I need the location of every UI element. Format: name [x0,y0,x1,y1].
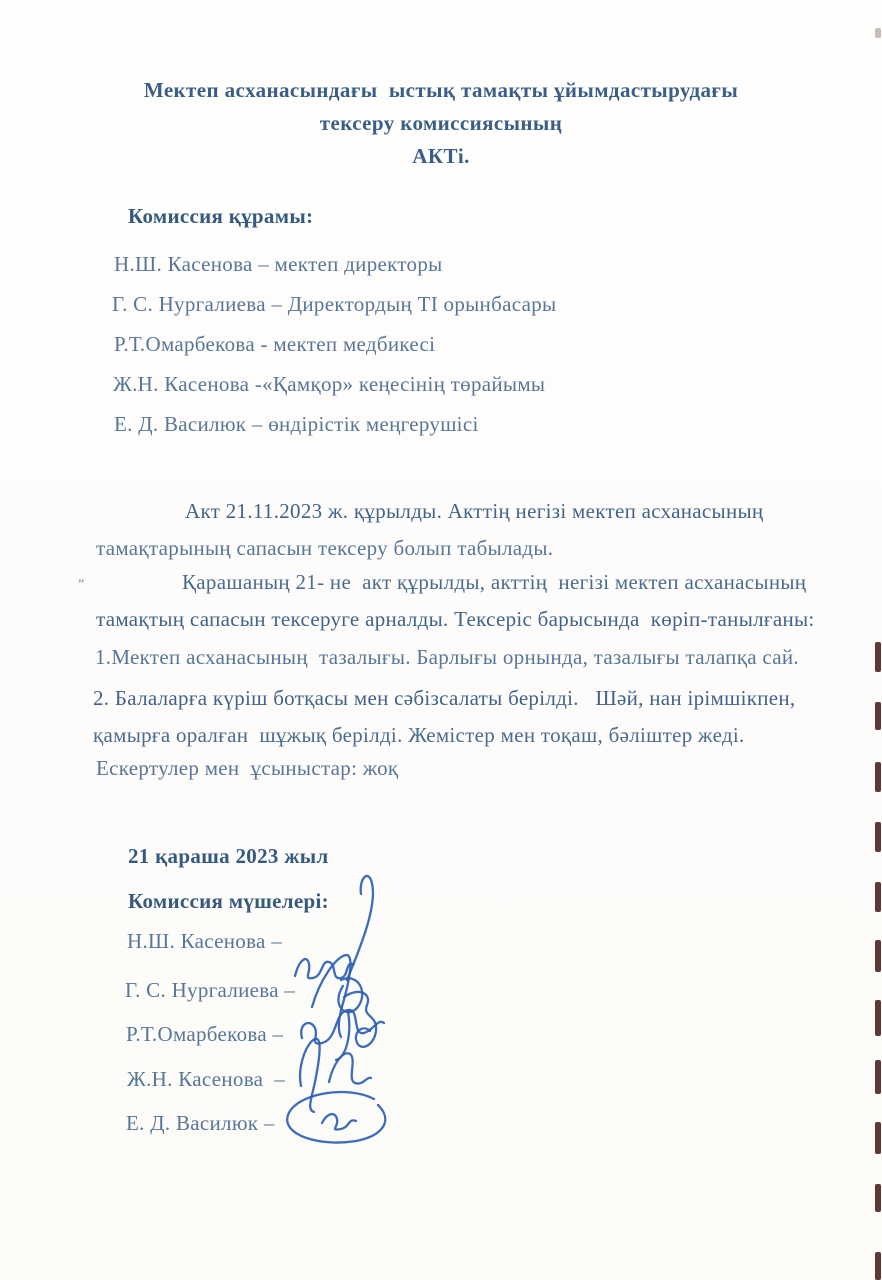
page-edge-mark [875,1184,881,1212]
title-line-1: Мектеп асханасындағы ыстық тамақты ұйымд… [0,74,882,107]
scanned-document-page: Мектеп асханасындағы ыстық тамақты ұйымд… [0,0,882,1280]
commission-member: Ж.Н. Касенова -«Қамқор» кеңесінің төрайы… [113,372,545,397]
signature-vassilyuk-ed [278,1085,398,1150]
finding-1: 1.Мектеп асханасының тазалығы. Барлығы о… [95,645,799,670]
commission-heading: Комиссия құрамы: [128,204,313,229]
document-title: Мектеп асханасындағы ыстық тамақты ұйымд… [0,74,882,173]
notes-line: Ескертулер мен ұсыныстар: жоқ [96,756,398,781]
page-edge-mark [875,1252,881,1280]
date-line: 21 қараша 2023 жыл [128,844,329,869]
commission-member: Е. Д. Василюк – өндірістік меңгерушісі [114,412,479,437]
paragraph-1-line-1: Акт 21.11.2023 ж. құрылды. Акттің негізі… [185,499,763,524]
members-heading: Комиссия мүшелері: [128,889,329,914]
signatory-name: Г. С. Нургалиева – [125,978,295,1003]
page-edge-mark [875,762,881,792]
page-edge-mark [875,882,881,912]
signature-nurgaliyeva-gs [300,945,390,1060]
signatory-name: Е. Д. Василюк – [126,1111,275,1136]
page-edge-mark [875,1122,881,1154]
paragraph-2-line-1: Қарашаның 21- не акт құрылды, акттің нег… [182,570,806,595]
paragraph-1-line-2: тамақтарының сапасын тексеру болып табыл… [96,536,553,561]
page-edge-mark [875,940,881,972]
page-edge-mark [875,702,881,730]
paragraph-2-line-2: тамақтың сапасын тексеруге арналды. Текс… [96,607,815,632]
signature-omarbekova-rt [292,990,387,1070]
page-edge-mark [875,642,881,672]
margin-mark: „ [78,570,84,586]
title-line-3: АКТі. [0,140,882,173]
title-line-2: тексеру комиссиясының [0,107,882,140]
commission-member: Г. С. Нургалиева – Директордың ТІ орынба… [112,292,556,317]
page-edge-mark [875,1000,881,1036]
page-edge-mark [875,822,881,852]
commission-member: Р.Т.Омарбекова - мектеп медбикесі [114,332,435,357]
signature-kassenova-zhn [287,1028,372,1113]
page-edge-mark [875,1060,881,1094]
finding-2-line-2: қамырға оралған шұжық берілді. Жемістер … [93,723,745,748]
commission-member: Н.Ш. Касенова – мектеп директоры [114,252,443,277]
signatory-name: Ж.Н. Касенова – [127,1067,285,1092]
signatory-name: Р.Т.Омарбекова – [126,1022,283,1047]
finding-2-line-1: 2. Балаларға күріш ботқасы мен сәбізсала… [93,686,795,711]
signatory-name: Н.Ш. Касенова – [127,929,282,954]
page-edge-mark [875,28,881,38]
